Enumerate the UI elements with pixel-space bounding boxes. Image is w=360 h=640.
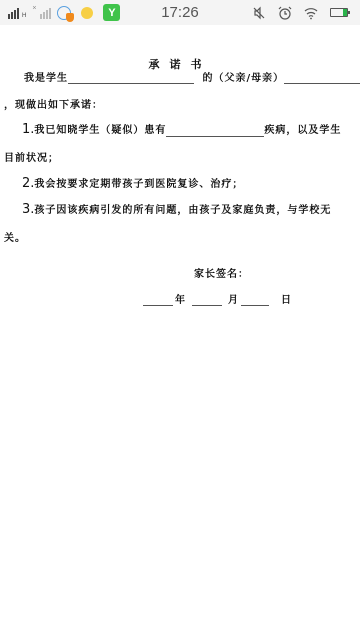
- wifi-icon: [304, 6, 318, 20]
- document-page: 承诺书 我是学生 的（父亲/母亲） ，现做出如下承诺： 1.我已知晓学生（疑似）…: [0, 25, 360, 640]
- line-student-parent: 我是学生 的（父亲/母亲）: [24, 69, 360, 84]
- student-name-blank[interactable]: [68, 72, 194, 84]
- parent-relation-label: 的（父亲/母亲）: [202, 73, 284, 84]
- network-type-label: H: [22, 13, 26, 19]
- mute-icon: [252, 6, 266, 20]
- month-blank[interactable]: [192, 294, 222, 306]
- parent-name-blank[interactable]: [284, 72, 360, 84]
- alarm-icon: [278, 6, 292, 20]
- no-signal-x-icon: ×: [32, 5, 36, 12]
- green-app-icon: Y: [103, 4, 120, 21]
- day-blank[interactable]: [241, 294, 269, 306]
- item-3-continued: 关。: [4, 229, 26, 244]
- item-1-continued: 目前状况；: [4, 149, 59, 164]
- status-bar: H × Y 17:26: [0, 0, 360, 25]
- item-3: 3.孩子因该疾病引发的所有问题，由孩子及家庭负责，与学校无: [22, 201, 331, 217]
- year-blank[interactable]: [143, 294, 173, 306]
- disease-blank[interactable]: [166, 125, 264, 137]
- browser-icon: [57, 6, 71, 20]
- battery-icon: [330, 8, 348, 17]
- item-1: 1.我已知晓学生（疑似）患有疾病，以及学生: [22, 121, 341, 137]
- date-line: 年月日: [143, 291, 292, 306]
- signal-icon: [8, 7, 19, 19]
- commitment-intro: ，现做出如下承诺：: [4, 96, 103, 111]
- item-2: 2.我会按要求定期带孩子到医院复诊、治疗；: [22, 175, 243, 191]
- yellow-dot-icon: [81, 7, 93, 19]
- signal-icon-dim: [40, 7, 51, 19]
- signature-label: 家长签名：: [194, 265, 249, 280]
- student-prefix: 我是学生: [24, 73, 68, 84]
